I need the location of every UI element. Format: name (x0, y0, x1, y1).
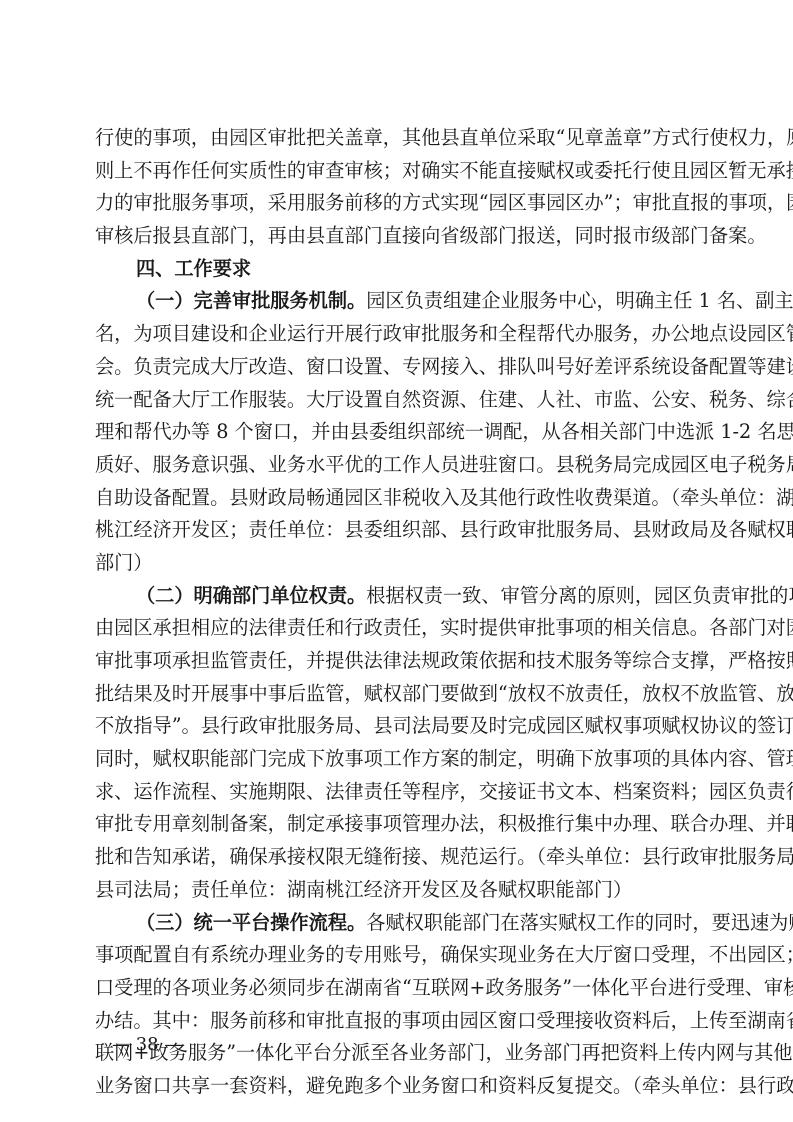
body-line: 自助设备配置。县财政局畅通园区非税收入及其他行政性收费渠道。（牵头单位：湖南 (95, 482, 713, 515)
body-line: 同时，赋权职能部门完成下放事项工作方案的制定，明确下放事项的具体内容、管理要 (95, 743, 713, 776)
section-heading: 四、工作要求 (95, 253, 713, 286)
subsection-title: （三）统一平台操作流程。 (136, 911, 366, 934)
body-line: 批结果及时开展事中事后监管，赋权部门要做到“放权不放责任，放权不放监管、放权 (95, 678, 713, 711)
subsection-first-line: （三）统一平台操作流程。各赋权职能部门在落实赋权工作的同时，要迅速为赋权 (95, 907, 713, 940)
body-line: 批和告知承诺，确保承接权限无缝衔接、规范运行。（牵头单位：县行政审批服务局、 (95, 841, 713, 874)
document-page: 行使的事项，由园区审批把关盖章，其他县直单位采取“见章盖章”方式行使权力，原 则… (95, 122, 713, 1103)
body-line: 名，为项目建设和企业运行开展行政审批服务和全程帮代办服务，办公地点设园区管委 (95, 318, 713, 351)
body-line: 桃江经济开发区；责任单位：县委组织部、县行政审批服务局、县财政局及各赋权职能 (95, 514, 713, 547)
subsection-title: （二）明确部门单位权责。 (136, 584, 366, 607)
subsection-title: （一）完善审批服务机制。 (136, 289, 366, 312)
body-line: 则上不再作任何实质性的审查审核；对确实不能直接赋权或委托行使且园区暂无承接能 (95, 155, 713, 188)
subsection-text: 根据权责一致、审管分离的原则，园区负责审批的项目 (366, 584, 793, 607)
subsection-text: 园区负责组建企业服务中心，明确主任 1 名、副主任 1 (366, 289, 793, 312)
body-line: 质好、服务意识强、业务水平优的工作人员进驻窗口。县税务局完成园区电子税务局和 (95, 449, 713, 482)
subsection-first-line: （二）明确部门单位权责。根据权责一致、审管分离的原则，园区负责审批的项目 (95, 580, 713, 613)
page-number: — 38 — (112, 1034, 182, 1055)
body-line: 办结。其中：服务前移和审批直报的事项由园区窗口受理接收资料后，上传至湖南省“互 (95, 1005, 713, 1038)
body-line: 求、运作流程、实施期限、法律责任等程序，交接证书文本、档案资料；园区负责行政 (95, 776, 713, 809)
body-line: 审核后报县直部门，再由县直部门直接向省级部门报送，同时报市级部门备案。 (95, 220, 713, 253)
subsection-text: 各赋权职能部门在落实赋权工作的同时，要迅速为赋权 (366, 911, 793, 934)
body-line: 不放指导”。县行政审批服务局、县司法局要及时完成园区赋权事项赋权协议的签订。 (95, 710, 713, 743)
body-line: 力的审批服务事项，采用服务前移的方式实现“园区事园区办”；审批直报的事项，园区 (95, 187, 713, 220)
body-line: 统一配备大厅工作服装。大厅设置自然资源、住建、人社、市监、公安、税务、综合受 (95, 384, 713, 417)
body-line: 会。负责完成大厅改造、窗口设置、专网接入、排队叫号好差评系统设备配置等建设， (95, 351, 713, 384)
body-line: 部门） (95, 547, 713, 580)
body-line: 审批事项承担监管责任，并提供法律法规政策依据和技术服务等综合支撑，严格按照审 (95, 645, 713, 678)
body-line: 县司法局；责任单位：湖南桃江经济开发区及各赋权职能部门） (95, 874, 713, 907)
body-line: 口受理的各项业务必须同步在湖南省“互联网+政务服务”一体化平台进行受理、审核与 (95, 972, 713, 1005)
body-line: 由园区承担相应的法律责任和行政责任，实时提供审批事项的相关信息。各部门对园区 (95, 612, 713, 645)
body-line: 业务窗口共享一套资料，避免跑多个业务窗口和资料反复提交。（牵头单位：县行政审 (95, 1070, 713, 1103)
body-line: 行使的事项，由园区审批把关盖章，其他县直单位采取“见章盖章”方式行使权力，原 (95, 122, 713, 155)
body-line: 理和帮代办等 8 个窗口，并由县委组织部统一调配，从各相关部门中选派 1-2 名… (95, 416, 713, 449)
body-line: 审批专用章刻制备案，制定承接事项管理办法，积极推行集中办理、联合办理、并联审 (95, 808, 713, 841)
subsection-first-line: （一）完善审批服务机制。园区负责组建企业服务中心，明确主任 1 名、副主任 1 (95, 285, 713, 318)
body-line: 事项配置自有系统办理业务的专用账号，确保实现业务在大厅窗口受理，不出园区；窗 (95, 939, 713, 972)
body-line: 联网+政务服务”一体化平台分派至各业务部门，业务部门再把资料上传内网与其他相关 (95, 1037, 713, 1070)
